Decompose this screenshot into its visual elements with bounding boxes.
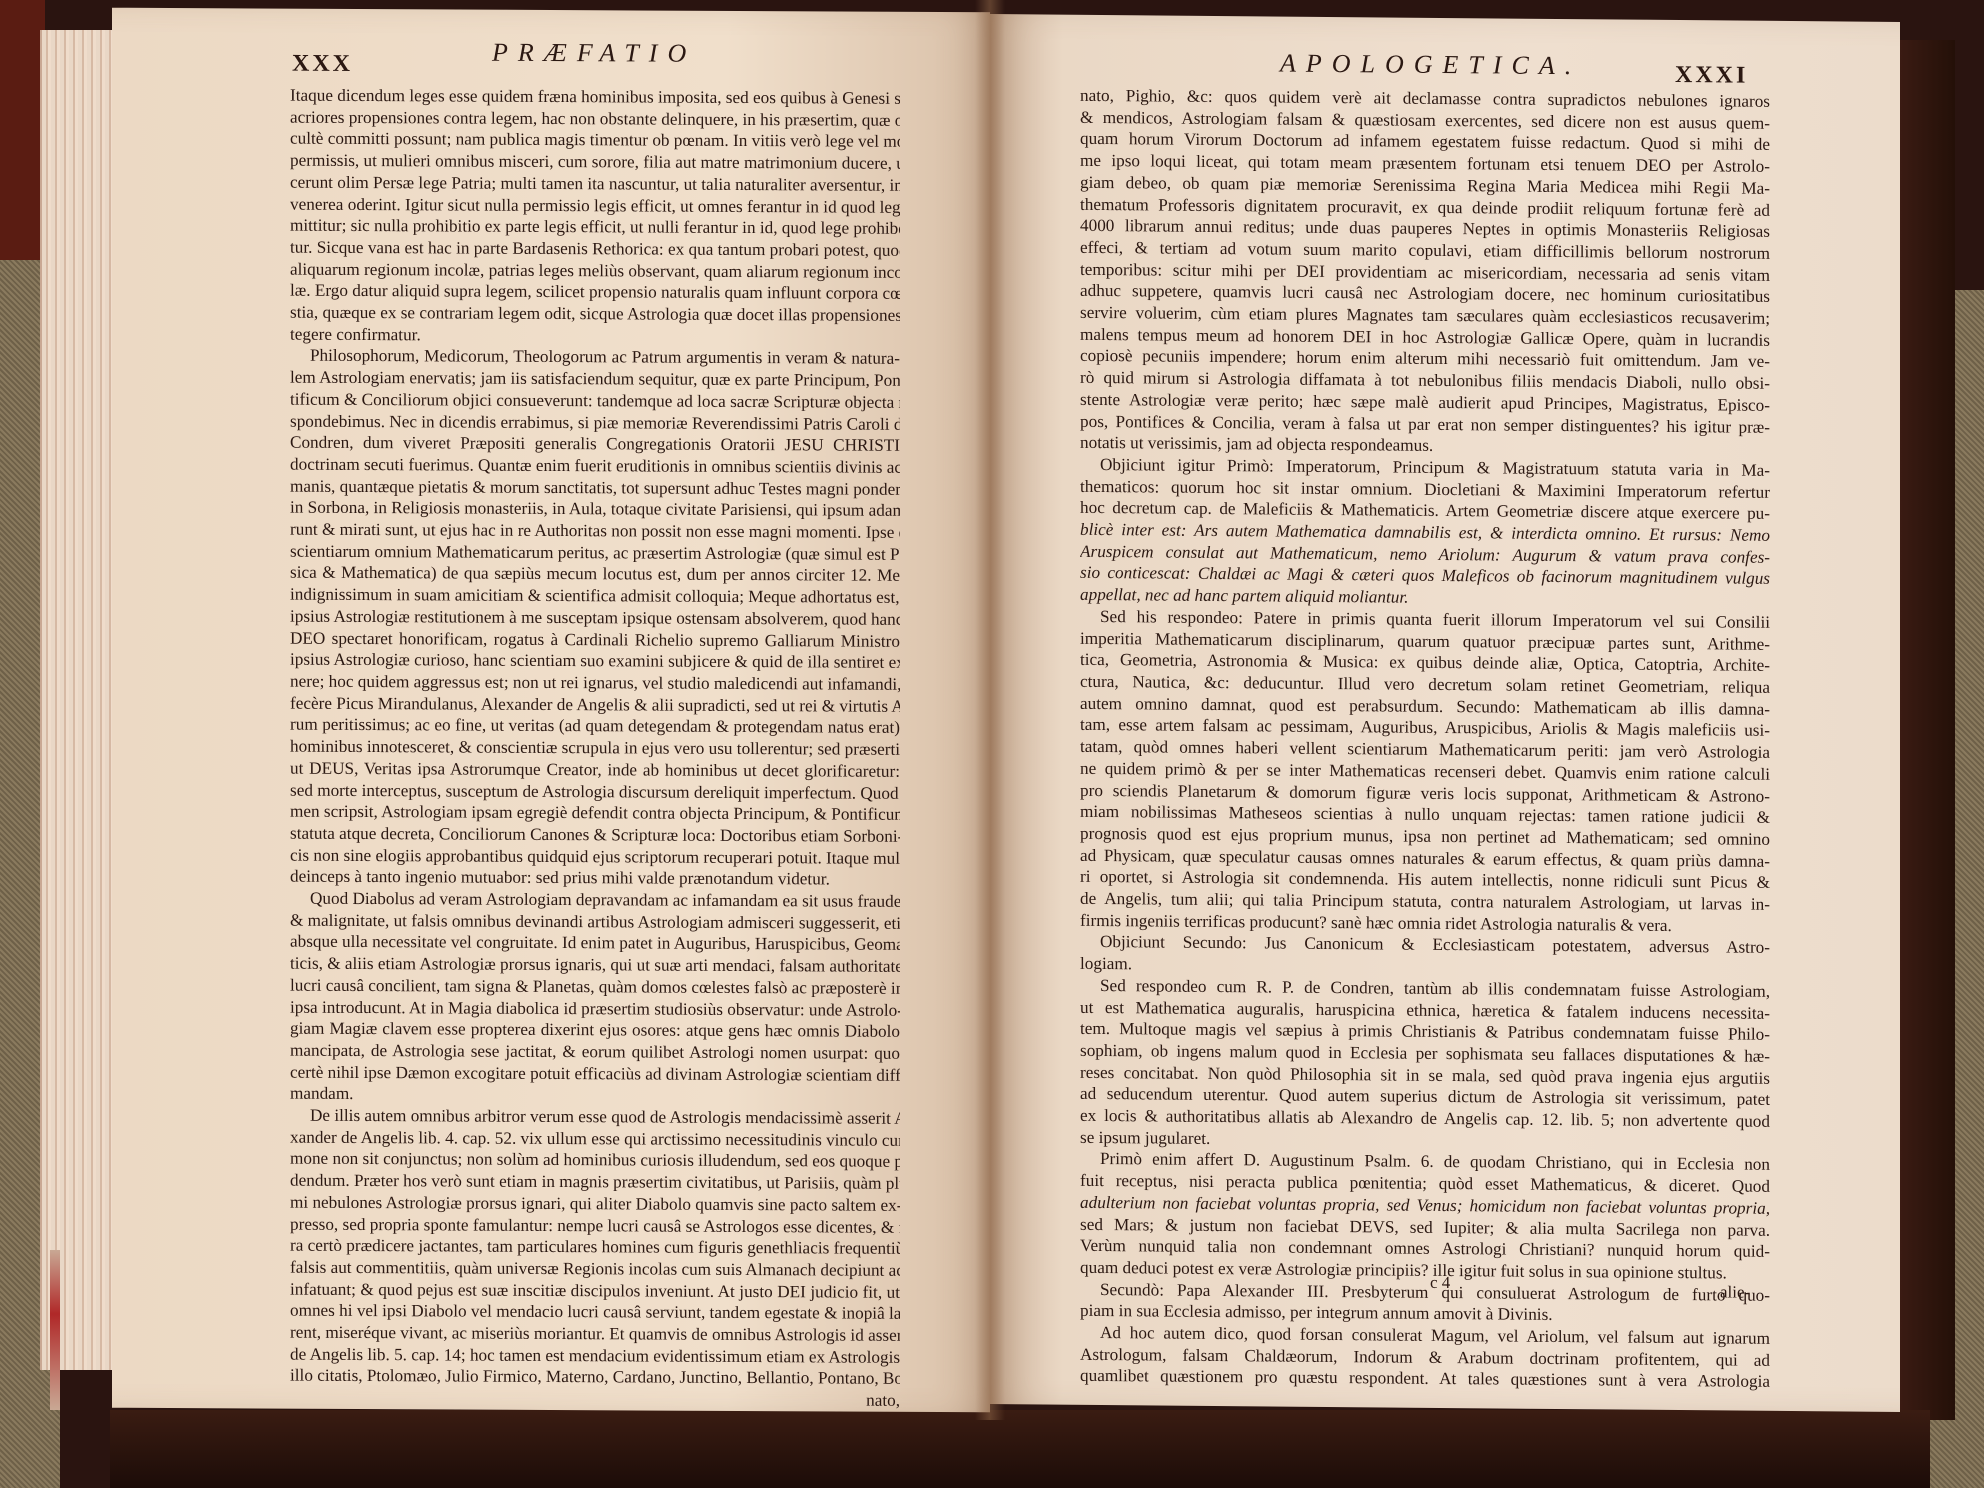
text-line: ut DEUS, Veritas ipsa Astrorumque Creato… [290,757,900,782]
right-page: XXXI APOLOGETICA. nato, Pighio, &c: quos… [990,14,1900,1412]
text-line: in Sorbona, in Religiosis monasteriis, i… [290,497,900,522]
text-line: certè nihil ipse Dæmon excogitare potuit… [290,1061,900,1086]
text-line: illo citatis, Ptolomæo, Julio Firmico, M… [290,1365,900,1390]
text-line: ticis, & aliis etiam Astrologiæ prorsus … [290,953,900,978]
page-number: XXXI [1675,62,1748,90]
text-line: stia, quæque ex se contrariam legem odit… [290,302,900,327]
text-line: lem Astrologiam enervatis; jam iis satis… [290,367,900,392]
text-line: men scripsit, Astrologiam ipsam egregiè … [290,801,900,826]
text-line: Itaque dicendum leges esse quidem fræna … [290,85,900,110]
text-line: omnes hi vel ipsi Diabolo vel mendacio l… [290,1300,900,1325]
text-line: tificum & Conciliorum objici consueverun… [290,388,900,413]
text-line: dendum. Præter hos verò sunt etiam in ma… [290,1170,900,1195]
text-line: de Angelis lib. 5. cap. 14; hoc tamen es… [290,1343,900,1368]
text-line: venerea oderint. Igitur sicut nulla perm… [290,193,900,218]
text-line: deinceps à tanto ingenio mutuabor: sed p… [290,866,900,891]
text-line: cultè committi possunt; nam publica magi… [290,128,900,153]
text-line: presso, sed propria sponte famulantur: n… [290,1213,900,1238]
text-line: De illis autem omnibus arbitror verum es… [290,1105,900,1130]
text-line: permissis, ut mulieri omnibus misceri, c… [290,150,900,175]
text-line: fecère Picus Mirandulanus, Alexander de … [290,692,900,717]
text-line: ipsius Astrologiæ restitutionem à me sus… [290,606,900,631]
book-cover-left [0,0,45,270]
text-line: læ. Ergo datur aliquid supra legem, scil… [290,280,900,305]
text-line: Philosophorum, Medicorum, Theologorum ac… [290,345,900,370]
text-line: quamlibet quæstionem pro quæstu responde… [1080,1365,1770,1393]
left-page: XXX PRÆFATIO Itaque dicendum leges esse … [112,8,990,1413]
text-line: scientiarum omnium Mathematicarum peritu… [290,540,900,565]
text-line: Condren, dum viveret Præpositi generalis… [290,432,900,457]
text-line: sed morte interceptus, susceptum de Astr… [290,779,900,804]
text-line: cerunt olim Persæ lege Patria; multi tam… [290,171,900,196]
running-head: APOLOGETICA. [1280,49,1581,82]
text-line: mone non sit conjunctus; non solùm ad ho… [290,1148,900,1173]
text-line: ipsius Astrologiæ curioso, hanc scientia… [290,649,900,674]
red-page-edge [50,1250,60,1410]
page-body-text: nato, Pighio, &c: quos quidem verè ait d… [1080,85,1770,1393]
text-line: xander de Angelis lib. 4. cap. 52. vix u… [290,1126,900,1151]
text-line: acriores propensiones contra legem, hac … [290,106,900,131]
text-line: nere; hoc quidem aggressus est; non ut r… [290,671,900,696]
text-line: ipsa introducunt. At in Magia diabolica … [290,996,900,1021]
text-line: manis, quantæque pietatis & morum sancti… [290,475,900,500]
text-line: mittitur; sic nulla prohibitio ex parte … [290,215,900,240]
text-line: DEO spectaret honorificam, rogatus à Car… [290,627,900,652]
text-line: hominibus innotesceret, & conscientiæ sc… [290,736,900,761]
text-line: aliquarum regionum incolæ, patrias leges… [290,258,900,283]
page-stack-edge [40,30,122,1370]
text-line: absque ulla necessitate vel congruitate.… [290,931,900,956]
book-gutter [975,0,1005,1420]
catchword: alie- [1720,1282,1750,1302]
text-line: mandam. [290,1083,900,1108]
text-line: nato, [290,1387,900,1412]
text-line: tur. Sicque vana est hac in parte Bardas… [290,237,900,262]
text-line: infatuant; & quod pejus est suæ inscitiæ… [290,1278,900,1303]
text-line: mancipata, de Astrologia sese jactitat, … [290,1040,900,1065]
text-line: spondebimus. Nec in dicendis errabimus, … [290,410,900,435]
text-line: runt & mirati sunt, ut ejus hac in re Au… [290,519,900,544]
book-cover-right [1895,40,1955,1420]
text-line: statuta atque decreta, Conciliorum Canon… [290,823,900,848]
text-line: Quod Diabolus ad veram Astrologiam depra… [290,888,900,913]
text-line: rum peritissimus; ac eo fine, ut veritas… [290,714,900,739]
page-body-text: Itaque dicendum leges esse quidem fræna … [290,85,900,1412]
signature-mark: c 4 [1430,1273,1450,1293]
text-line: ra certò prædicere jactantes, tam partic… [290,1235,900,1260]
text-line: sica & Mathematica) de qua sæpiùs mecum … [290,562,900,587]
text-line: giam Magiæ clavem esse propterea dixerin… [290,1018,900,1043]
running-head: PRÆFATIO [492,38,696,69]
text-line: & malignitate, ut falsis omnibus devinan… [290,909,900,934]
book-cover-bottom [110,1410,1930,1488]
text-line: indignissimum in suam amicitiam & scient… [290,584,900,609]
text-line: mi nebulones Astrologiæ prorsus ignari, … [290,1191,900,1216]
text-line: rent, miseréque vivant, ac miseriùs mori… [290,1322,900,1347]
page-number: XXX [292,51,353,78]
text-line: lucri causâ concilient, tam signa & Plan… [290,974,900,999]
text-line: doctrinam secuti fuerimus. Quantæ enim f… [290,454,900,479]
text-line: tegere confirmatur. [290,323,900,348]
text-line: falsis aut commentitiis, quàm universæ R… [290,1257,900,1282]
text-line: cis non sine elogiis approbantibus quidq… [290,844,900,869]
